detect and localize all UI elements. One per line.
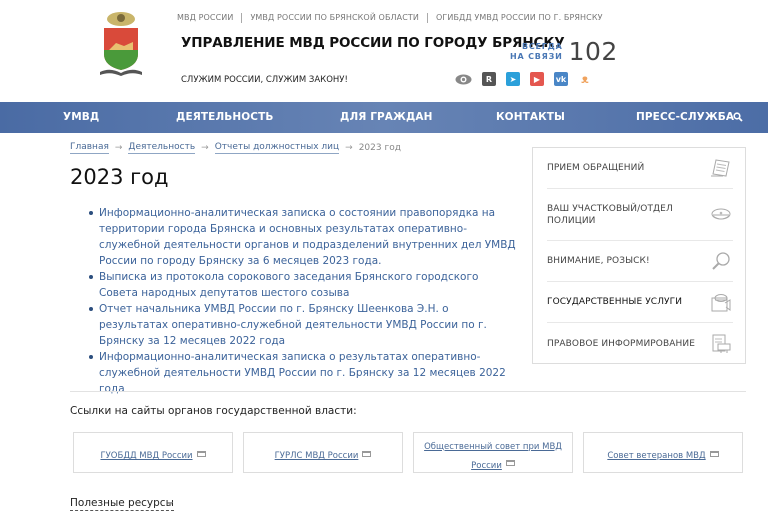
breadcrumb-home[interactable]: Главная xyxy=(70,142,109,154)
side-item-district-officer[interactable]: ВАШ УЧАСТКОВЫЙ/ОТДЕЛ ПОЛИЦИИ xyxy=(547,189,733,241)
social-links: R ➤ ▶ vk ᴥ xyxy=(455,72,592,86)
side-item-wanted[interactable]: ВНИМАНИЕ, РОЗЫСК! xyxy=(547,241,733,282)
gov-link-veterans[interactable]: Совет ветеранов МВД xyxy=(583,432,743,473)
youtube-icon[interactable]: ▶ xyxy=(530,72,544,86)
magnifier-icon xyxy=(709,250,733,272)
external-window-icon xyxy=(362,451,371,457)
site-title[interactable]: УПРАВЛЕНИЕ МВД РОССИИ ПО ГОРОДУ БРЯНСКУ xyxy=(181,35,565,51)
top-link-ogibdd[interactable]: ОГИБДД УМВД РОССИИ ПО Г. БРЯНСКУ xyxy=(427,13,611,23)
chevron-down-icon[interactable] xyxy=(167,502,173,506)
search-icon[interactable] xyxy=(733,112,743,122)
gov-link-gurls[interactable]: ГУРЛС МВД России xyxy=(243,432,403,473)
site-motto: СЛУЖИМ РОССИИ, СЛУЖИМ ЗАКОНУ! xyxy=(181,75,348,85)
nav-item-activity[interactable]: ДЕЯТЕЛЬНОСТЬ xyxy=(176,102,273,133)
external-window-icon xyxy=(197,451,206,457)
main-nav: УМВД ДЕЯТЕЛЬНОСТЬ ДЛЯ ГРАЖДАН КОНТАКТЫ П… xyxy=(0,102,768,133)
side-item-appeals[interactable]: ПРИЕМ ОБРАЩЕНИЙ xyxy=(547,148,733,189)
document-link[interactable]: Выписка из протокола сорокового заседани… xyxy=(86,269,518,301)
nav-item-umvd[interactable]: УМВД xyxy=(63,102,99,133)
nav-item-contacts[interactable]: КОНТАКТЫ xyxy=(496,102,565,133)
document-icon xyxy=(709,157,733,179)
hotline-number[interactable]: 102 xyxy=(569,37,618,66)
public-services-icon xyxy=(709,291,733,313)
section-divider xyxy=(70,391,746,392)
top-link-mvd[interactable]: МВД РОССИИ xyxy=(177,13,241,23)
hotline: ВСЕГДА НА СВЯЗИ 102 xyxy=(510,37,618,66)
vk-icon[interactable]: vk xyxy=(554,72,568,86)
nav-item-for-citizens[interactable]: ДЛЯ ГРАЖДАН xyxy=(340,102,433,133)
hotline-label: ВСЕГДА НА СВЯЗИ xyxy=(510,42,563,62)
document-list: Информационно-аналитическая записка о со… xyxy=(86,205,518,397)
breadcrumb-activity[interactable]: Деятельность xyxy=(128,142,195,154)
breadcrumb-reports[interactable]: Отчеты должностных лиц xyxy=(215,142,339,154)
breadcrumb-separator: → xyxy=(345,143,353,153)
telegram-icon[interactable]: ➤ xyxy=(506,72,520,86)
breadcrumb-separator: → xyxy=(201,143,209,153)
document-link[interactable]: Информационно-аналитическая записка о ре… xyxy=(86,349,518,397)
top-links: МВД РОССИИ УМВД РОССИИ ПО БРЯНСКОЙ ОБЛАС… xyxy=(177,13,611,23)
page-title: 2023 год xyxy=(70,165,169,189)
police-cap-icon xyxy=(709,204,733,226)
document-link[interactable]: Отчет начальника УМВД России по г. Брянс… xyxy=(86,301,518,349)
nav-item-press[interactable]: ПРЕСС-СЛУЖБА xyxy=(636,102,734,133)
site-header: МВД РОССИИ УМВД РОССИИ ПО БРЯНСКОЙ ОБЛАС… xyxy=(0,0,768,102)
odnoklassniki-icon[interactable]: ᴥ xyxy=(578,72,592,86)
gov-link-public-council[interactable]: Общественный совет при МВД России xyxy=(413,432,573,473)
gov-links-title: Ссылки на сайты органов государственной … xyxy=(70,405,357,417)
external-window-icon xyxy=(710,451,719,457)
breadcrumb-separator: → xyxy=(115,143,123,153)
breadcrumb: Главная → Деятельность → Отчеты должност… xyxy=(70,142,401,154)
top-link-umvd-bryansk-oblast[interactable]: УМВД РОССИИ ПО БРЯНСКОЙ ОБЛАСТИ xyxy=(241,13,427,23)
emblem-logo[interactable] xyxy=(98,10,144,78)
rutube-icon[interactable]: R xyxy=(482,72,496,86)
useful-resources-toggle[interactable]: Полезные ресурсы xyxy=(70,497,174,511)
gov-link-guobdd[interactable]: ГУОБДД МВД России xyxy=(73,432,233,473)
breadcrumb-current: 2023 год xyxy=(359,143,401,153)
external-window-icon xyxy=(506,460,515,466)
document-link[interactable]: Информационно-аналитическая записка о со… xyxy=(86,205,518,269)
side-item-public-services[interactable]: ГОСУДАРСТВЕННЫЕ УСЛУГИ xyxy=(547,282,733,323)
side-menu: ПРИЕМ ОБРАЩЕНИЙ ВАШ УЧАСТКОВЫЙ/ОТДЕЛ ПОЛ… xyxy=(532,147,746,364)
legal-info-icon xyxy=(709,333,733,355)
accessibility-eye-icon[interactable] xyxy=(455,72,472,86)
side-item-legal-info[interactable]: ПРАВОВОЕ ИНФОРМИРОВАНИЕ xyxy=(547,323,733,364)
